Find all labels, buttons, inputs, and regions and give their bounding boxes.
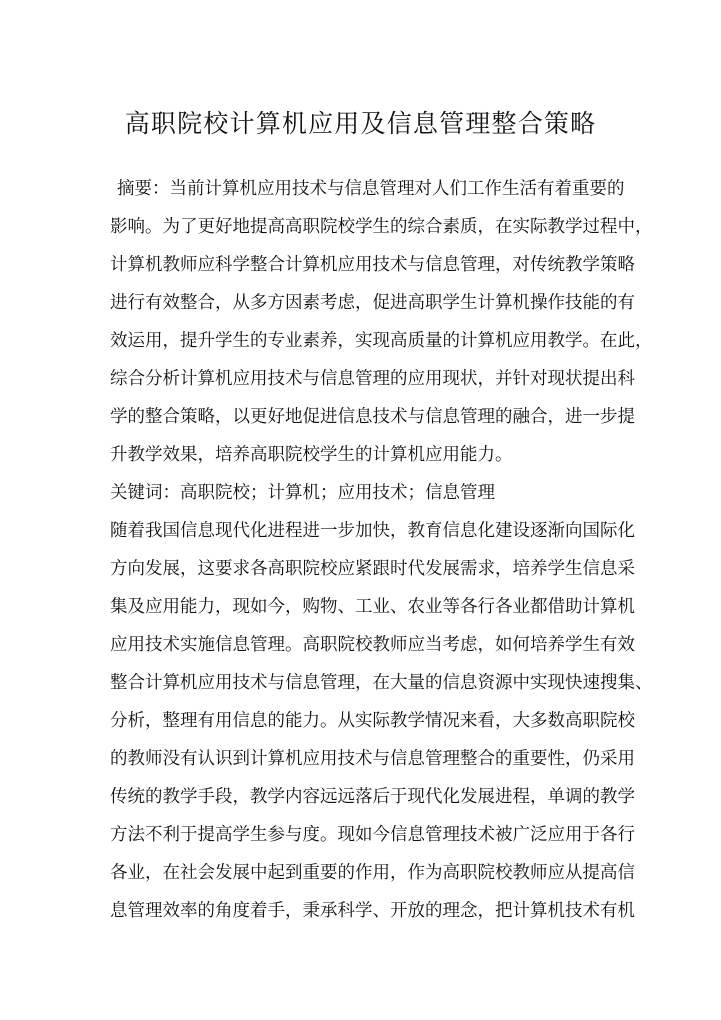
abstract-line: 进行有效整合，从多方因素考虑，促进高职学生计算机操作技能的有 <box>110 284 615 322</box>
abstract-line: 升教学效果，培养高职院校学生的计算机应用能力。 <box>110 436 615 474</box>
abstract-line: 影响。为了更好地提高高职院校学生的综合素质，在实际教学过程中， <box>110 208 615 246</box>
body-line: 方向发展，这要求各高职院校应紧跟时代发展需求，培养学生信息采 <box>110 550 615 588</box>
keywords: 关键词：高职院校；计算机；应用技术；信息管理 <box>110 474 615 512</box>
body-line: 随着我国信息现代化进程进一步加快，教育信息化建设逐渐向国际化 <box>110 512 615 550</box>
document-body: 摘要：当前计算机应用技术与信息管理对人们工作生活有着重要的 影响。为了更好地提高… <box>110 170 615 930</box>
body-line: 分析，整理有用信息的能力。从实际教学情况来看，大多数高职院校 <box>110 702 615 740</box>
body-line: 集及应用能力，现如今，购物、工业、农业等各行各业都借助计算机 <box>110 588 615 626</box>
document-title: 高职院校计算机应用及信息管理整合策略 <box>0 107 721 141</box>
abstract-line: 效运用，提升学生的专业素养，实现高质量的计算机应用教学。在此， <box>110 322 615 360</box>
abstract-line: 计算机教师应科学整合计算机应用技术与信息管理，对传统教学策略 <box>110 246 615 284</box>
body-line: 传统的教学手段，教学内容远远落后于现代化发展进程，单调的教学 <box>110 778 615 816</box>
body-line: 方法不利于提高学生参与度。现如今信息管理技术被广泛应用于各行 <box>110 816 615 854</box>
document-page: 高职院校计算机应用及信息管理整合策略 摘要：当前计算机应用技术与信息管理对人们工… <box>0 0 721 1020</box>
abstract-line: 综合分析计算机应用技术与信息管理的应用现状，并针对现状提出科 <box>110 360 615 398</box>
body-line: 整合计算机应用技术与信息管理，在大量的信息资源中实现快速搜集、 <box>110 664 615 702</box>
body-paragraph: 随着我国信息现代化进程进一步加快，教育信息化建设逐渐向国际化 方向发展，这要求各… <box>110 512 615 930</box>
body-line: 各业，在社会发展中起到重要的作用，作为高职院校教师应从提高信 <box>110 854 615 892</box>
abstract-line: 摘要：当前计算机应用技术与信息管理对人们工作生活有着重要的 <box>110 170 615 208</box>
body-line: 应用技术实施信息管理。高职院校教师应当考虑，如何培养学生有效 <box>110 626 615 664</box>
body-line: 息管理效率的角度着手，秉承科学、开放的理念，把计算机技术有机 <box>110 892 615 930</box>
abstract-line: 学的整合策略，以更好地促进信息技术与信息管理的融合，进一步提 <box>110 398 615 436</box>
body-line: 的教师没有认识到计算机应用技术与信息管理整合的重要性，仍采用 <box>110 740 615 778</box>
abstract: 摘要：当前计算机应用技术与信息管理对人们工作生活有着重要的 影响。为了更好地提高… <box>110 170 615 474</box>
